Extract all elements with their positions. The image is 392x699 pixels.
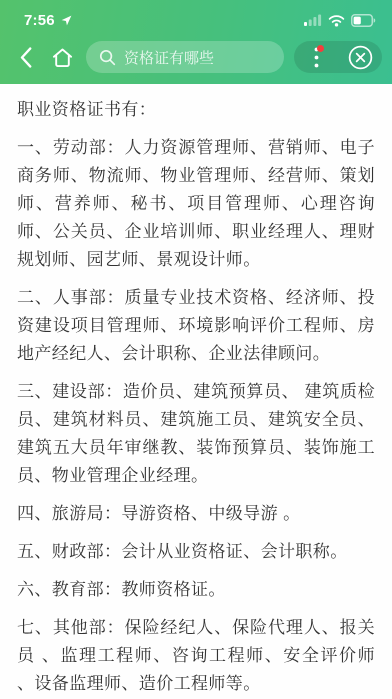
status-time: 7:56 bbox=[24, 12, 55, 29]
browser-actions-capsule bbox=[294, 41, 382, 73]
browser-window: 7:56 bbox=[0, 0, 392, 699]
header: 7:56 bbox=[0, 0, 392, 84]
paragraph-tourism-bureau: 四、旅游局：导游资格、中级导游 。 bbox=[17, 500, 375, 528]
paragraph-finance-dept: 五、财政部：会计从业资格证、会计职称。 bbox=[17, 538, 375, 566]
paragraph-other-dept: 七、其他部：保险经纪人、保险代理人、报关员 、监理工程师、咨询工程师、安全评价师… bbox=[17, 614, 375, 698]
notification-badge bbox=[317, 45, 324, 52]
chevron-left-icon bbox=[20, 47, 32, 68]
intro-line: 职业资格证书有： bbox=[17, 96, 375, 124]
home-button[interactable] bbox=[44, 39, 80, 75]
paragraph-construction-dept: 三、建设部：造价员、建筑预算员、 建筑质检员、建筑材料员、建筑施工员、建筑安全员… bbox=[17, 378, 375, 490]
circled-x-icon bbox=[348, 45, 373, 70]
wifi-icon bbox=[328, 14, 345, 27]
paragraph-education-dept: 六、教育部：教师资格证。 bbox=[17, 576, 375, 604]
article-content: 职业资格证书有： 一、劳动部：人力资源管理师、营销师、电子商务师、物流师、物业管… bbox=[0, 84, 392, 698]
search-query: 资格证有哪些 bbox=[124, 47, 214, 68]
status-left: 7:56 bbox=[24, 12, 73, 29]
navigation-arrow-icon bbox=[60, 14, 73, 27]
navigation-bar: 资格证有哪些 bbox=[0, 32, 392, 82]
status-right bbox=[304, 14, 376, 27]
search-icon bbox=[99, 49, 116, 66]
home-icon bbox=[51, 47, 74, 68]
search-input[interactable]: 资格证有哪些 bbox=[86, 41, 284, 73]
close-button[interactable] bbox=[338, 41, 382, 73]
paragraph-personnel-dept: 二、人事部：质量专业技术资格、经济师、投资建设项目管理师、环境影响评价工程师、房… bbox=[17, 284, 375, 368]
battery-icon bbox=[351, 14, 376, 27]
paragraph-labor-dept: 一、劳动部：人力资源管理师、营销师、电子商务师、物流师、物业管理师、经营师、策划… bbox=[17, 134, 375, 274]
cellular-signal-icon bbox=[304, 14, 322, 26]
status-bar: 7:56 bbox=[0, 0, 392, 32]
back-button[interactable] bbox=[8, 39, 44, 75]
menu-button[interactable] bbox=[294, 41, 338, 73]
